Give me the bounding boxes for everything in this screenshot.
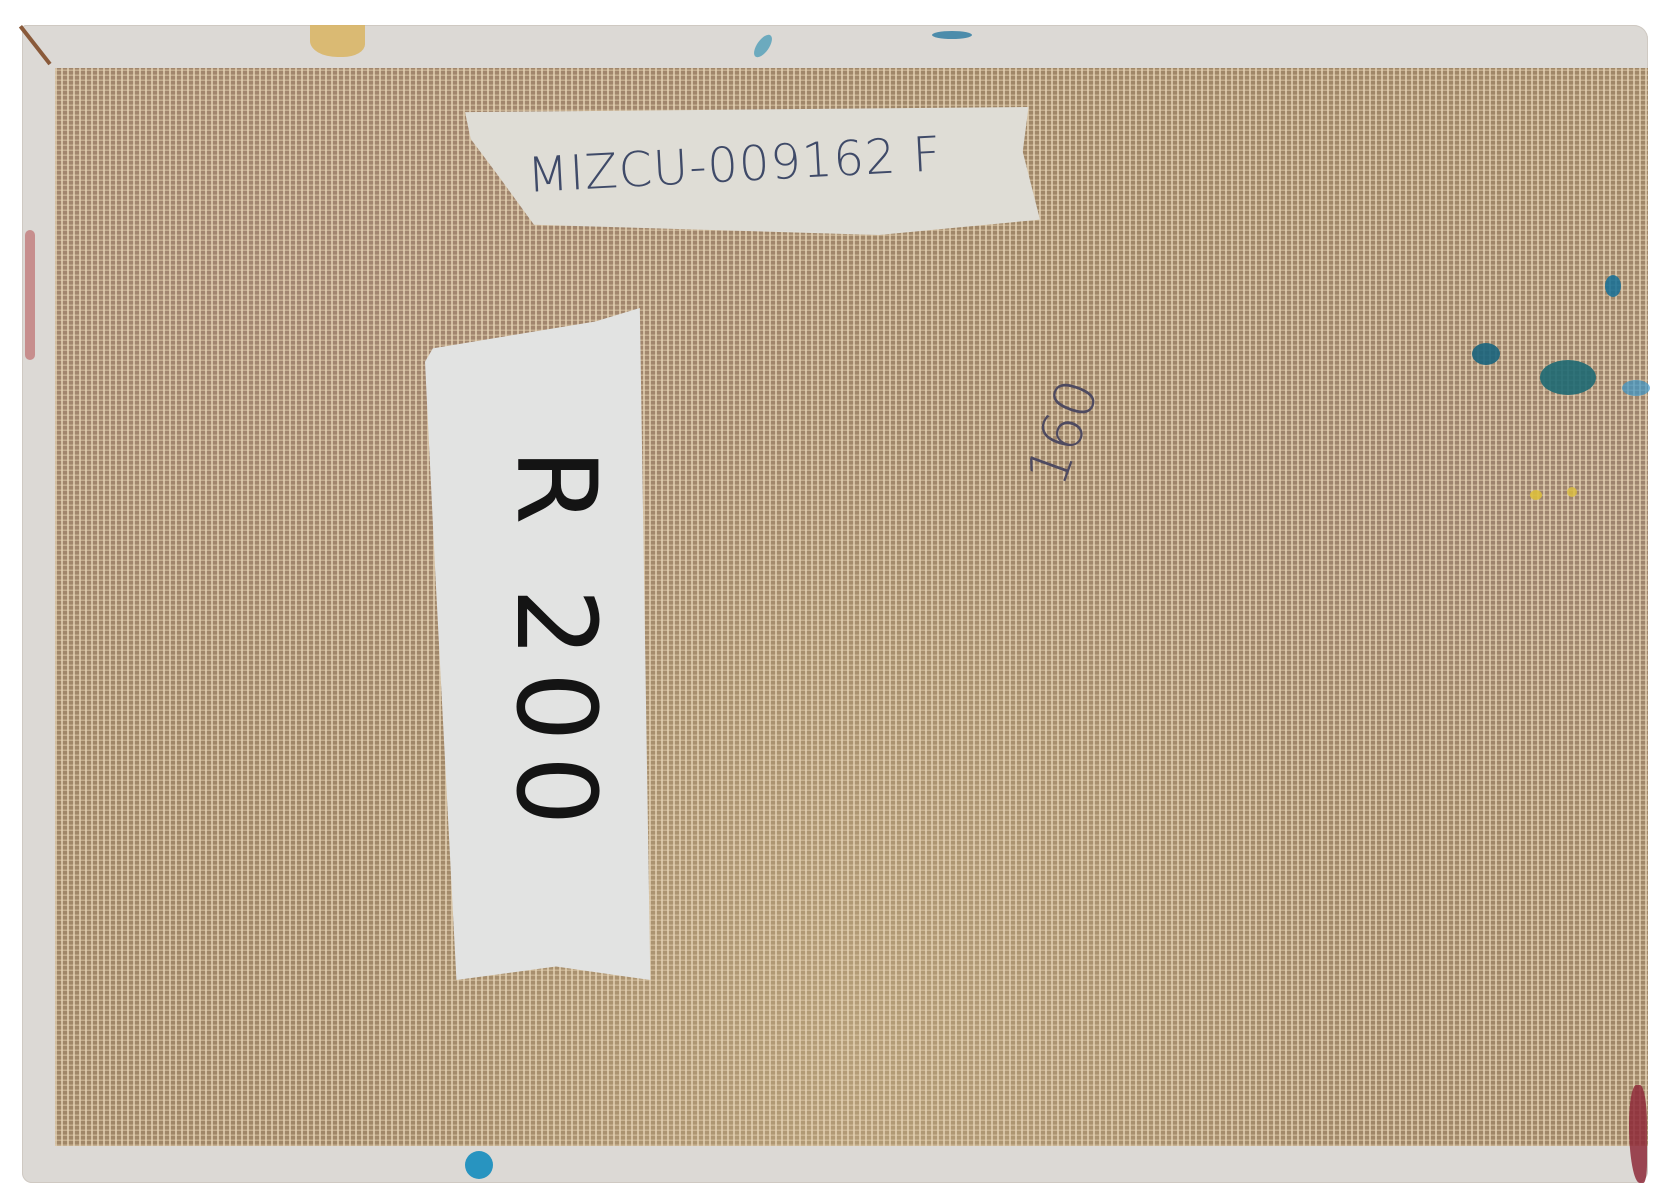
paint-yellow-top-left [310, 25, 365, 57]
paint-teal-top-2 [932, 31, 972, 39]
inventory-code: MIZCU-009162 F [526, 126, 943, 204]
paint-yellow-right-2 [1567, 487, 1577, 497]
paint-teal-bottom [465, 1151, 493, 1179]
paint-red-bottom-right [1629, 1085, 1647, 1183]
corner-fold [19, 25, 52, 65]
paint-teal-right-2 [1540, 360, 1596, 395]
paint-teal-right-1 [1472, 343, 1500, 365]
price-code: R 200 [492, 448, 620, 839]
paint-yellow-right [1530, 490, 1542, 500]
paint-teal-right-edge [1622, 380, 1650, 396]
inventory-tape-label: MIZCU-009162 F [465, 107, 1040, 235]
paint-teal-top-1 [751, 32, 776, 60]
paint-red-left-edge [25, 230, 35, 360]
paint-teal-right-3 [1605, 275, 1621, 297]
